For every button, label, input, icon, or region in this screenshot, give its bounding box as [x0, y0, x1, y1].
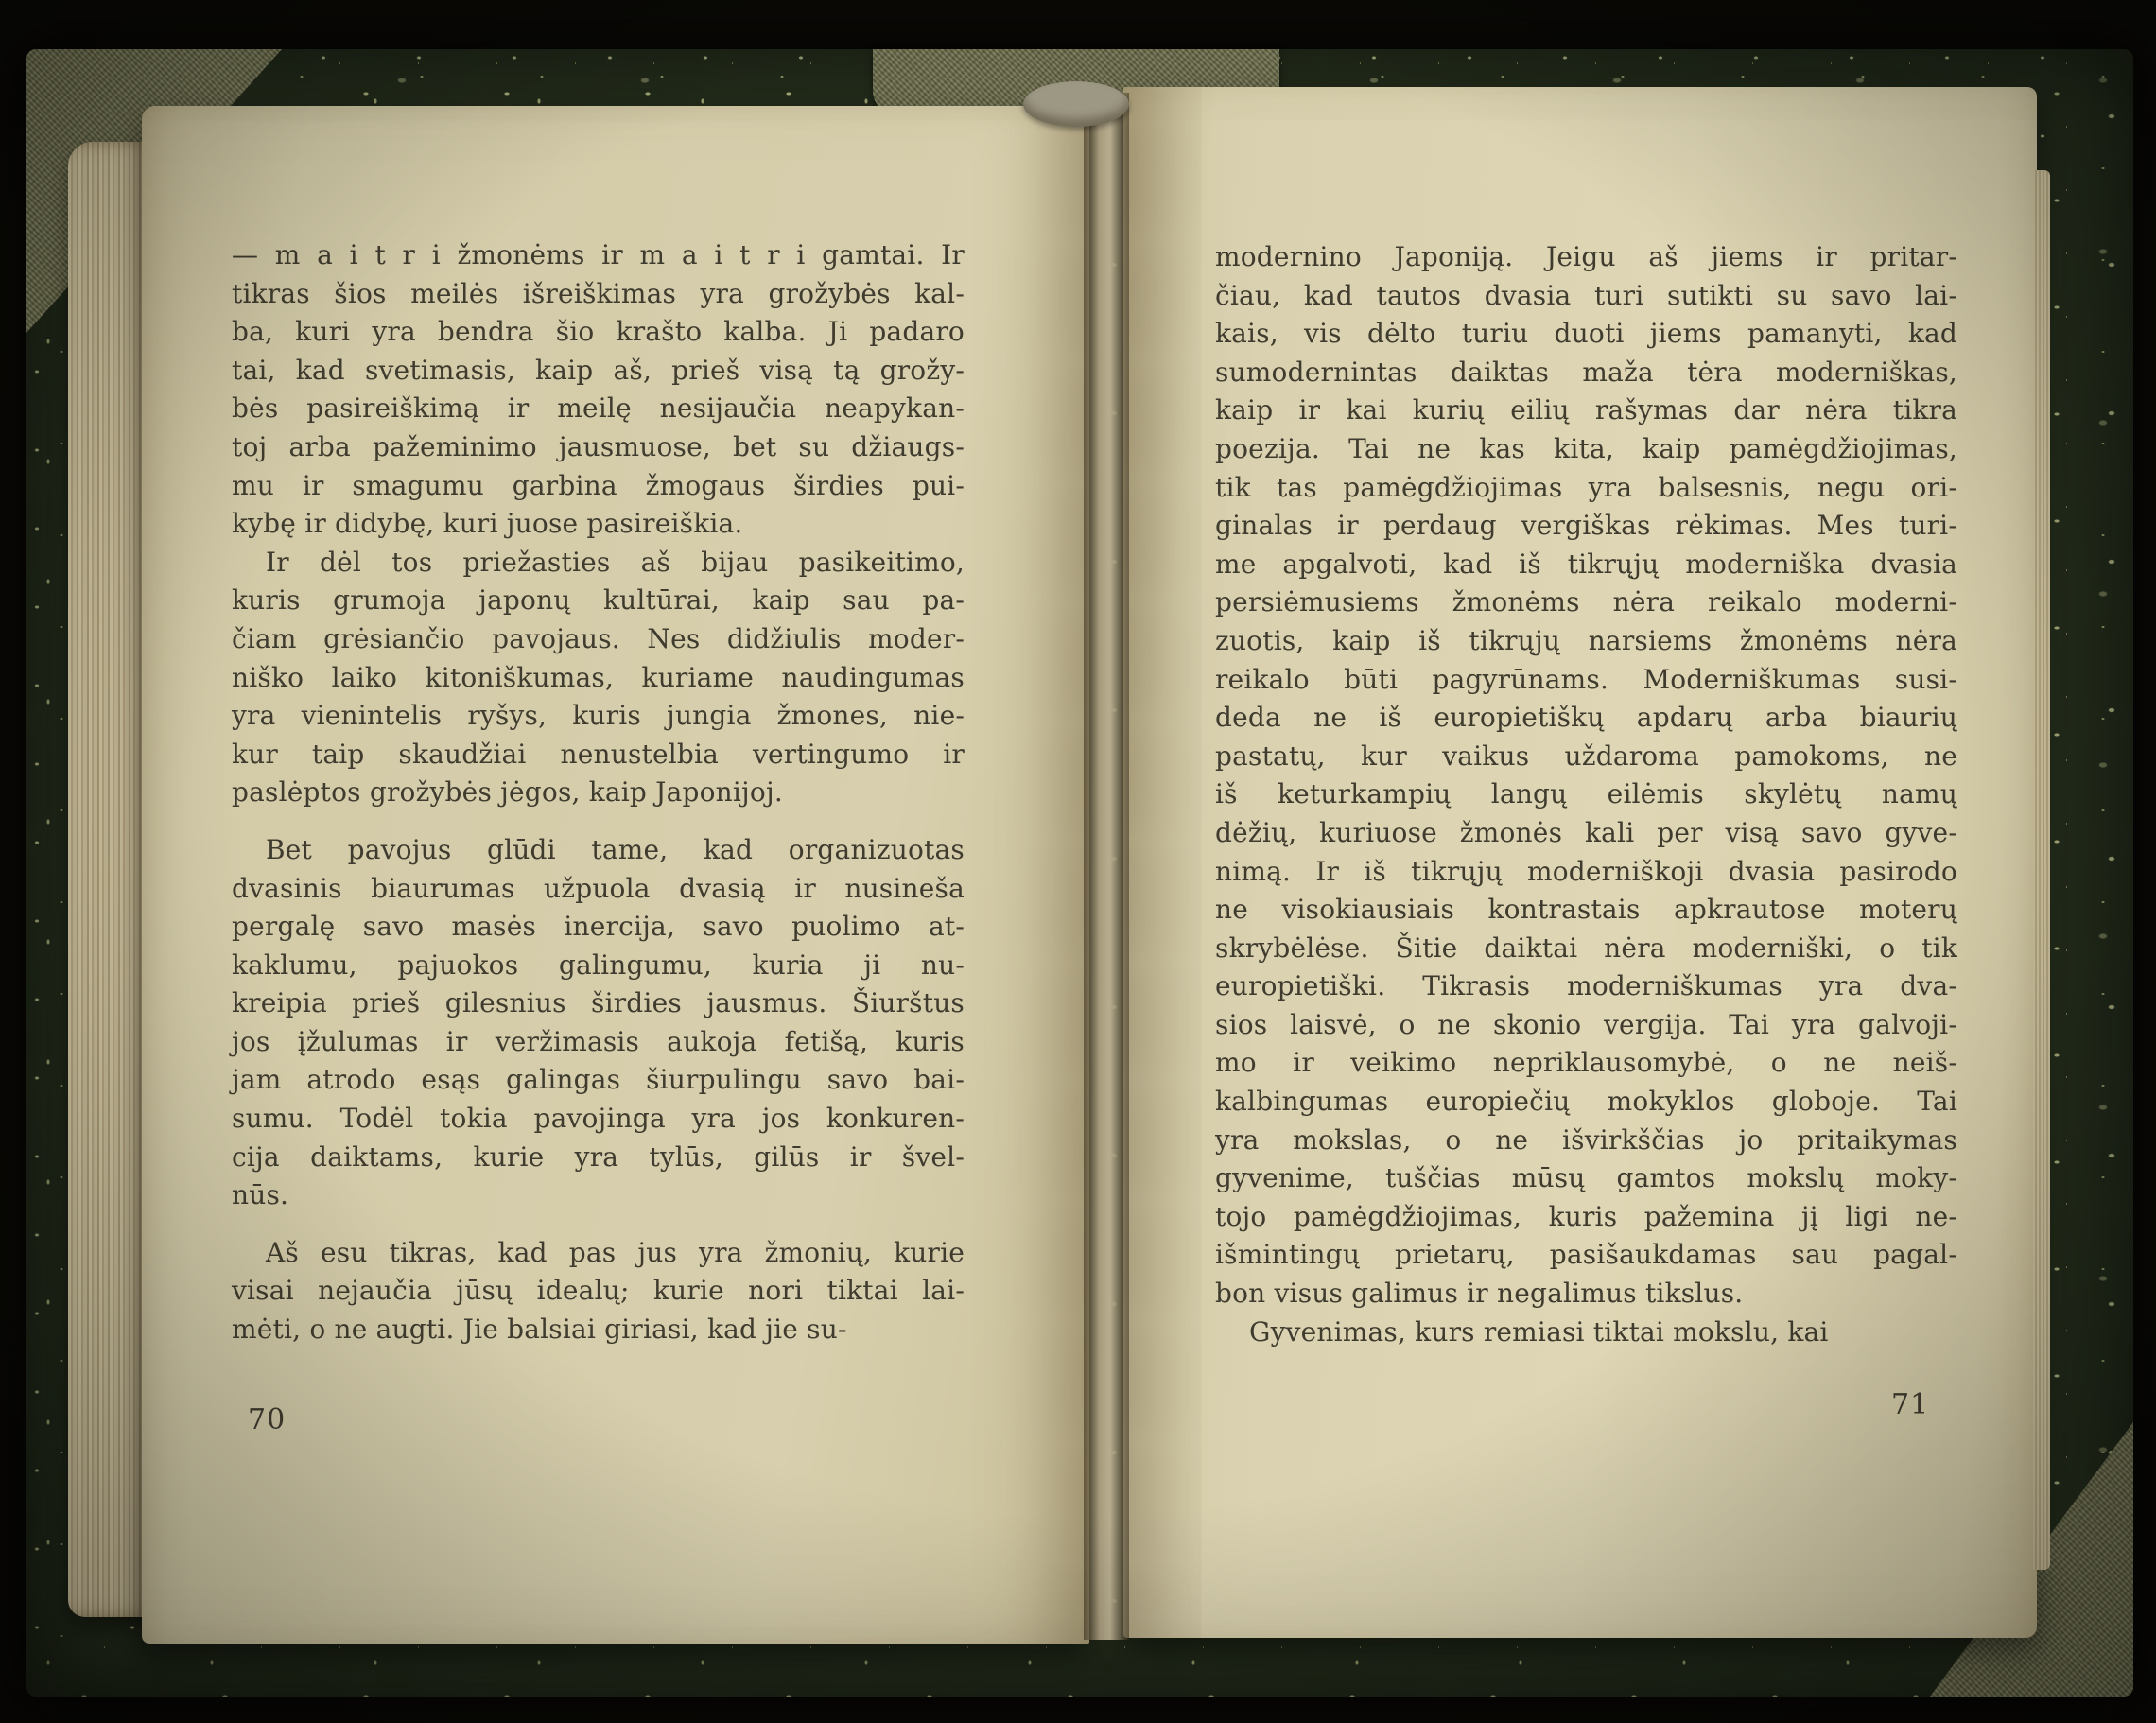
text-line: Bet pavojus glūdi tame, kad organizuotas [232, 831, 965, 870]
text-line: čiau, kad tautos dvasia turi sutikti su … [1215, 277, 1957, 316]
text-line: jos įžulumas ir veržimasis aukoja fetišą… [232, 1023, 965, 1062]
text-line: tik tas pamėgdžiojimas yra balsesnis, ne… [1215, 469, 1957, 508]
text-line: Gyvenimas, kurs remiasi tiktai mokslu, k… [1215, 1314, 1957, 1352]
text-line: bės pasireiškimą ir meilę nesijaučia nea… [232, 390, 965, 428]
text-line: sios laisvė, o ne skonio vergija. Tai yr… [1215, 1006, 1957, 1045]
text-line: tikras šios meilės išreiškimas yra grožy… [232, 275, 965, 314]
text-line: me apgalvoti, kad iš tikrųjų moderniška … [1215, 546, 1957, 584]
text-line: iš keturkampių langų eilėmis skylėtų nam… [1215, 775, 1957, 814]
text-line: poezija. Tai ne kas kita, kaip pamėgdžio… [1215, 430, 1957, 469]
text-line: visai nejaučia jūsų idealų; kurie nori t… [232, 1272, 965, 1311]
text-line: sumu. Todėl tokia pavojinga yra jos konk… [232, 1100, 965, 1139]
text-line: kreipia prieš gilesnius širdies jausmus.… [232, 984, 965, 1023]
text-line: yra vienintelis ryšys, kuris jungia žmon… [232, 697, 965, 736]
text-line: nūs. [232, 1176, 965, 1215]
text-line: mėti, o ne augti. Jie balsiai giriasi, k… [232, 1311, 965, 1349]
text-line: kalbingumas europiečių mokyklos globoje.… [1215, 1083, 1957, 1122]
text-line: toj arba pažeminimo jausmuose, bet su dž… [232, 428, 965, 467]
book-gutter [1084, 93, 1129, 1640]
text-line: dvasinis biaurumas užpuola dvasią ir nus… [232, 870, 965, 909]
paragraph: modernino Japoniją. Jeigu aš jiems ir pr… [1215, 238, 1957, 1314]
right-page-text: modernino Japoniją. Jeigu aš jiems ir pr… [1215, 238, 1957, 1351]
text-line: kaip ir kai kurių eilių rašymas dar nėra… [1215, 392, 1957, 430]
text-line: Aš esu tikras, kad pas jus yra žmonių, k… [232, 1234, 965, 1273]
paragraph: Ir dėl tos priežasties aš bijau pasikeit… [232, 544, 965, 812]
text-line: europietiški. Tikrasis moderniškumas yra… [1215, 967, 1957, 1006]
text-line: modernino Japoniją. Jeigu aš jiems ir pr… [1215, 238, 1957, 277]
text-line: jam atrodo esąs galingas šiurpulingu sav… [232, 1061, 965, 1100]
page-edge-stack-right [2033, 170, 2050, 1570]
paragraph: Bet pavojus glūdi tame, kad organizuotas… [232, 831, 965, 1215]
text-line: — m a i t r i žmonėms ir m a i t r i gam… [232, 236, 965, 275]
spine-headband [1023, 81, 1129, 127]
text-line: bon visus galimus ir negalimus tikslus. [1215, 1275, 1957, 1314]
text-line: nimą. Ir iš tikrųjų moderniškoji dvasia … [1215, 853, 1957, 892]
text-line: gyvenime, tuščias mūsų gamtos mokslų mok… [1215, 1159, 1957, 1198]
text-line: kais, vis dėlto turiu duoti jiems pamany… [1215, 315, 1957, 354]
paragraph: Gyvenimas, kurs remiasi tiktai mokslu, k… [1215, 1314, 1957, 1352]
left-page-text: — m a i t r i žmonėms ir m a i t r i gam… [232, 236, 965, 1349]
text-line: išmintingų prietarų, pasišaukdamas sau p… [1215, 1236, 1957, 1275]
page-number-right: 71 [1891, 1388, 1929, 1421]
photo-background: — m a i t r i žmonėms ir m a i t r i gam… [0, 0, 2156, 1723]
text-line: paslėptos grožybės jėgos, kaip Japonijoj… [232, 774, 965, 812]
text-line: Ir dėl tos priežasties aš bijau pasikeit… [232, 544, 965, 583]
text-line: persiėmusiems žmonėms nėra reikalo moder… [1215, 583, 1957, 622]
text-line: tai, kad svetimasis, kaip aš, prieš visą… [232, 352, 965, 391]
text-line: pastatų, kur vaikus uždaroma pamokoms, n… [1215, 738, 1957, 776]
text-line: sumodernintas daiktas maža tėra moderniš… [1215, 354, 1957, 392]
text-line: kaklumu, pajuokos galingumu, kuria ji nu… [232, 947, 965, 985]
text-line: ne visokiausiais kontrastais apkrautose … [1215, 891, 1957, 930]
text-line: dėžių, kuriuose žmonės kali per visą sav… [1215, 814, 1957, 853]
text-line: niško laiko kitoniškumas, kuriame naudin… [232, 659, 965, 698]
text-line: skrybėlėse. Šitie daiktai nėra modernišk… [1215, 930, 1957, 968]
text-line: mu ir smagumu garbina žmogaus širdies pu… [232, 467, 965, 506]
text-line: yra mokslas, o ne išvirkščias jo pritaik… [1215, 1122, 1957, 1160]
paragraph: Aš esu tikras, kad pas jus yra žmonių, k… [232, 1234, 965, 1349]
text-line: kuris grumoja japonų kultūrai, kaip sau … [232, 582, 965, 620]
text-line: pergalę savo masės inercija, savo puolim… [232, 908, 965, 947]
text-line: čiam grėsiančio pavojaus. Nes didžiulis … [232, 620, 965, 659]
text-line: deda ne iš europietiškų apdarų arba biau… [1215, 699, 1957, 738]
text-line: kybę ir didybę, kuri juose pasireiškia. [232, 505, 965, 544]
text-line: kur taip skaudžiai nenustelbia vertingum… [232, 736, 965, 774]
text-line: ba, kuri yra bendra šio krašto kalba. Ji… [232, 313, 965, 352]
text-line: ginalas ir perdaug vergiškas rėkimas. Me… [1215, 507, 1957, 546]
text-line: cija daiktams, kurie yra tylūs, gilūs ir… [232, 1139, 965, 1177]
text-line: mo ir veikimo nepriklausomybė, o ne neiš… [1215, 1044, 1957, 1083]
page-number-left: 70 [248, 1403, 286, 1436]
text-line: zuotis, kaip iš tikrųjų narsiems žmonėms… [1215, 622, 1957, 661]
text-line: tojo pamėgdžiojimas, kuris pažemina jį l… [1215, 1198, 1957, 1237]
paragraph: — m a i t r i žmonėms ir m a i t r i gam… [232, 236, 965, 544]
text-line: reikalo būti pagyrūnams. Moderniškumas s… [1215, 661, 1957, 700]
